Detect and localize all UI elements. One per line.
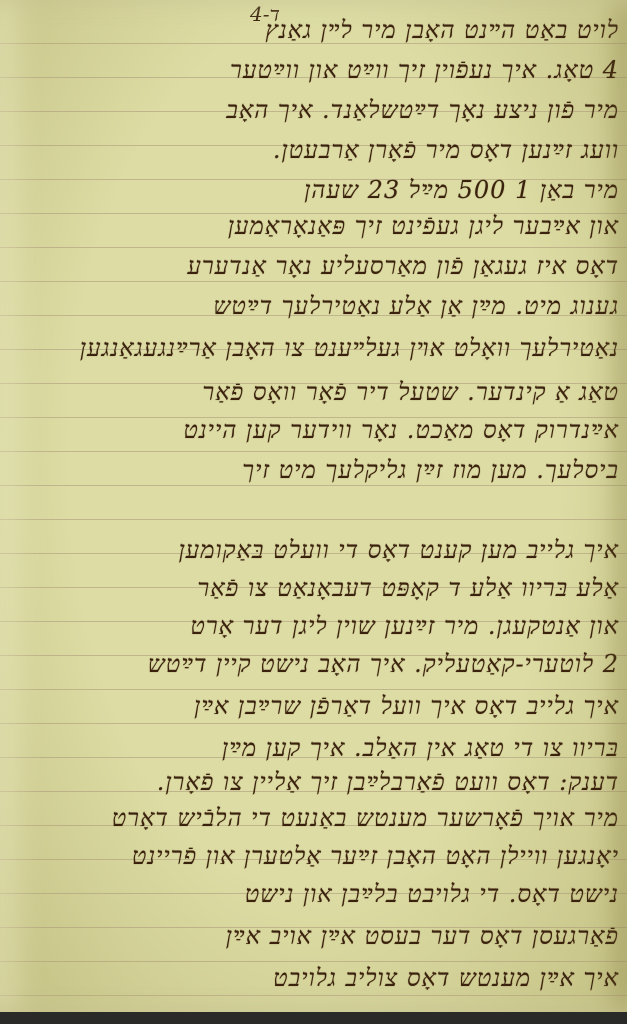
text-line: ביסלעך. מען מוז זײַן גליקלעך מיט זיך xyxy=(4,456,619,488)
text-line: און אײַבער ליגן געפֿינט זיך פּאַנאָראַמע… xyxy=(4,212,619,244)
text-line: לויט באַט הײנט האָבן מיר לײן גאַנץ xyxy=(4,16,619,48)
text-line: מיר באַן 1 500 מײַל 23 שעהן xyxy=(4,176,619,208)
text-line: יאָנגען וויילן האָט האָבן זײַער אַלטערן … xyxy=(4,842,619,874)
text-line: איך גלייב מען קענט דאָס די וועלט בּאַקומ… xyxy=(4,536,619,568)
text-line: בּריוו צו די טאַג אין האַלב. איך קען מײַ… xyxy=(4,734,619,766)
text-line: מיר אויך פֿאָרשער מענטש באַנעט די הלבֿיש… xyxy=(4,804,619,836)
text-line: דאָס איז געגאַן פֿון מאַרסעליע נאָר אַנד… xyxy=(4,252,619,284)
text-line: 4 טאָג. איך נעפֿוין זיך ווײַט און ווײַטע… xyxy=(4,56,619,88)
text-line: און אַנטקעגן. מיר זײַנען שוין ליגן דער א… xyxy=(4,612,619,644)
text-line: אַלע בּריוו אַלע ד קאָפּט דעבאָנאַט צו פ… xyxy=(4,574,619,606)
text-line: פֿאַרגעסן דאָס דער בעסט אײַן אויב אײַן xyxy=(4,922,619,954)
text-line: גענוג מיט. מײַן אַן אַלע נאַטירלעך דײַטש xyxy=(4,292,619,324)
text-line: איך גלייב דאָס איך וועל דאַרפֿן שרײַבן א… xyxy=(4,692,619,724)
text-line: נאַטירלעך וואָלט אױן געלײענט צו האָבן אַ… xyxy=(4,334,619,366)
text-line: איך אײַן מענטש דאָס צוליב גלויבט xyxy=(4,964,619,996)
text-line: 2 לוטערי-קאַטעליק. איך האָב נישט קיין דײ… xyxy=(4,650,619,682)
text-line: מיר פֿון ניצע נאָך דײַטשלאַנד. איך האָב xyxy=(4,96,619,128)
bottom-border xyxy=(0,1012,627,1024)
text-line: דענק: דאָס וועט פֿאַרבלײַבן זיך אַליין צ… xyxy=(4,768,619,800)
text-line: וועג זײַנען דאָס מיר פֿאָרן אַרבעטן. xyxy=(4,136,619,168)
text-line: נישט דאָס. די גלויבט בלײַבן און נישט xyxy=(4,880,619,912)
letter-page: 4-ד לויט באַט הײנט האָבן מיר לײן גאַנץ 4… xyxy=(0,0,627,1012)
text-line: אײַנדרוק דאָס מאַכט. נאָר ווידער קען היי… xyxy=(4,416,619,448)
text-line: טאַג אַ קינדער. שטעל דיר פֿאָר וואָס פֿא… xyxy=(4,378,619,410)
